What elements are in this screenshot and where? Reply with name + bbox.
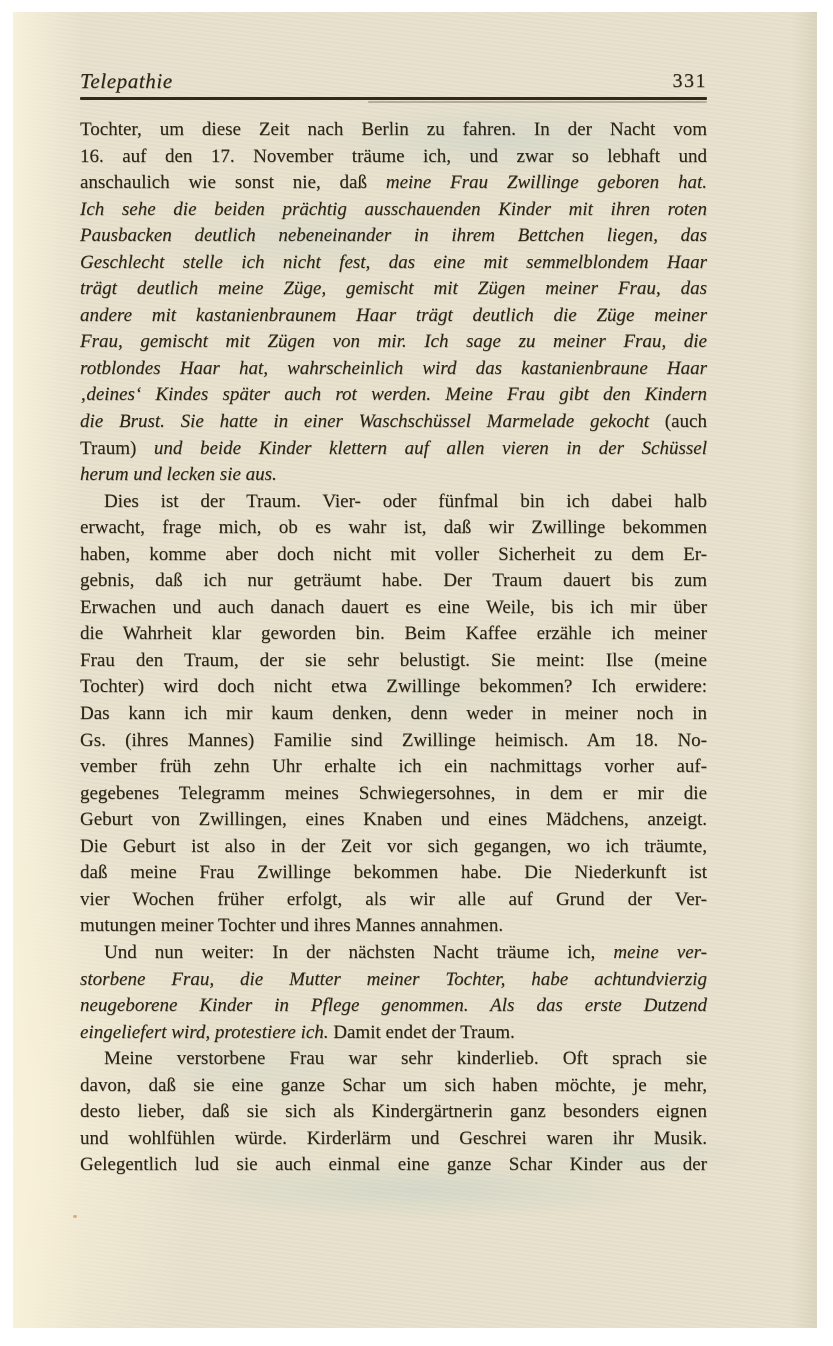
text-line: Frau den Traum, der sie sehr belustigt. …: [80, 648, 707, 675]
roman-run: Gelegentlich lud sie auch einmal eine ga…: [80, 1154, 707, 1175]
italic-run: herum und lecken sie aus.: [80, 464, 277, 485]
roman-run: Tochter, um diese Zeit nach Berlin zu fa…: [80, 119, 707, 140]
italic-run: storbene Frau, die Mutter meiner Tochter…: [80, 969, 707, 990]
text-line: storbene Frau, die Mutter meiner Tochter…: [80, 967, 707, 994]
text-line: rotblondes Haar hat, wahrscheinlich wird…: [80, 356, 707, 383]
italic-run: meine ver-: [613, 942, 707, 963]
roman-run: Tochter) wird doch nicht etwa Zwillinge …: [80, 676, 707, 697]
italic-run: Frau, gemischt mit Zügen von mir. Ich sa…: [80, 331, 707, 352]
roman-run: Frau den Traum, der sie sehr belustigt. …: [80, 650, 707, 671]
roman-run: Meine verstorbene Frau war sehr kinderli…: [104, 1048, 707, 1069]
italic-run: meine Frau Zwillinge geboren hat.: [386, 172, 707, 193]
italic-run: rotblondes Haar hat, wahrscheinlich wird…: [80, 358, 707, 379]
roman-run: desto lieber, daß sie sich als Kindergär…: [80, 1101, 707, 1122]
text-line: daß meine Frau Zwillinge bekommen habe. …: [80, 860, 707, 887]
roman-run: haben, komme aber doch nicht mit voller …: [80, 544, 707, 565]
roman-run: anschaulich wie sonst nie, daß: [80, 172, 386, 193]
roman-run: vember früh zehn Uhr erhalte ich ein nac…: [80, 756, 707, 777]
roman-run: erwacht, frage mich, ob es wahr ist, daß…: [80, 517, 707, 538]
text-line: Und nun weiter: In der nächsten Nacht tr…: [80, 940, 707, 967]
header-rule: [80, 97, 707, 100]
text-line: erwacht, frage mich, ob es wahr ist, daß…: [80, 515, 707, 542]
running-title: Telepathie: [80, 67, 173, 95]
text-line: Tochter, um diese Zeit nach Berlin zu fa…: [80, 117, 707, 144]
italic-run: Geschlecht stelle ich nicht fest, das ei…: [80, 252, 707, 273]
text-line: vier Wochen früher erfolgt, als wir alle…: [80, 887, 707, 914]
italic-run: andere mit kastanienbraunem Haar trägt d…: [80, 305, 707, 326]
page-number: 331: [673, 67, 708, 95]
roman-run: Das kann ich mir kaum denken, denn weder…: [80, 703, 707, 724]
text-line: die Brust. Sie hatte in einer Waschschüs…: [80, 409, 707, 436]
text-block: Tochter, um diese Zeit nach Berlin zu fa…: [80, 117, 707, 1179]
italic-run: Ich sehe die beiden prächtig ausschauend…: [80, 199, 707, 220]
text-line: Ich sehe die beiden prächtig ausschauend…: [80, 197, 707, 224]
italic-run: die Brust. Sie hatte in einer Waschschüs…: [80, 411, 665, 432]
italic-run: neugeborene Kinder in Pflege genommen. A…: [80, 995, 707, 1016]
text-line: andere mit kastanienbraunem Haar trägt d…: [80, 303, 707, 330]
roman-run: und wohlfühlen würde. Kirderlärm und Ges…: [80, 1128, 707, 1149]
text-line: Tochter) wird doch nicht etwa Zwillinge …: [80, 674, 707, 701]
text-line: trägt deutlich meine Züge, gemischt mit …: [80, 276, 707, 303]
roman-run: vier Wochen früher erfolgt, als wir alle…: [80, 889, 707, 910]
text-line: Traum) und beide Kinder klettern auf all…: [80, 436, 707, 463]
italic-run: eingeliefert wird, protestiere ich.: [80, 1022, 329, 1043]
text-line: Meine verstorbene Frau war sehr kinderli…: [80, 1046, 707, 1073]
roman-run: Geburt von Zwillingen, eines Knaben und …: [80, 809, 707, 830]
text-line: eingeliefert wird, protestiere ich. Dami…: [80, 1020, 707, 1047]
italic-run: ‚deines‘ Kindes später auch rot werden. …: [80, 384, 707, 405]
roman-run: Erwachen und auch danach dauert es eine …: [80, 597, 707, 618]
text-line: desto lieber, daß sie sich als Kindergär…: [80, 1099, 707, 1126]
text-line: neugeborene Kinder in Pflege genommen. A…: [80, 993, 707, 1020]
text-line: und wohlfühlen würde. Kirderlärm und Ges…: [80, 1126, 707, 1153]
roman-run: davon, daß sie eine ganze Schar um sich …: [80, 1075, 707, 1096]
roman-run: Die Geburt ist also in der Zeit vor sich…: [80, 836, 707, 857]
roman-run: mutungen meiner Tochter und ihres Mannes…: [80, 915, 503, 936]
ink-speck: [73, 1215, 77, 1218]
text-line: Dies ist der Traum. Vier- oder fünfmal b…: [80, 489, 707, 516]
text-line: vember früh zehn Uhr erhalte ich ein nac…: [80, 754, 707, 781]
text-line: Geburt von Zwillingen, eines Knaben und …: [80, 807, 707, 834]
roman-run: Gs. (ihres Mannes) Familie sind Zwilling…: [80, 730, 707, 751]
text-line: Die Geburt ist also in der Zeit vor sich…: [80, 834, 707, 861]
text-line: 16. auf den 17. November träume ich, und…: [80, 144, 707, 171]
text-line: Das kann ich mir kaum denken, denn weder…: [80, 701, 707, 728]
roman-run: Traum): [80, 438, 154, 459]
text-line: ‚deines‘ Kindes später auch rot werden. …: [80, 382, 707, 409]
roman-run: daß meine Frau Zwillinge bekommen habe. …: [80, 862, 707, 883]
text-line: Gs. (ihres Mannes) Familie sind Zwilling…: [80, 728, 707, 755]
roman-run: Und nun weiter: In der nächsten Nacht tr…: [104, 942, 613, 963]
text-line: mutungen meiner Tochter und ihres Mannes…: [80, 913, 707, 940]
text-line: Erwachen und auch danach dauert es eine …: [80, 595, 707, 622]
text-line: die Wahrheit klar geworden bin. Beim Kaf…: [80, 621, 707, 648]
roman-run: die Wahrheit klar geworden bin. Beim Kaf…: [80, 623, 707, 644]
running-header: Telepathie 331: [80, 67, 707, 99]
text-line: haben, komme aber doch nicht mit voller …: [80, 542, 707, 569]
roman-run: (auch: [665, 411, 707, 432]
text-line: Geschlecht stelle ich nicht fest, das ei…: [80, 250, 707, 277]
text-line: gegebenes Telegramm meines Schwiegersohn…: [80, 781, 707, 808]
text-line: anschaulich wie sonst nie, daß meine Fra…: [80, 170, 707, 197]
roman-run: gebnis, daß ich nur geträumt habe. Der T…: [80, 570, 707, 591]
text-line: herum und lecken sie aus.: [80, 462, 707, 489]
text-line: gebnis, daß ich nur geträumt habe. Der T…: [80, 568, 707, 595]
text-line: davon, daß sie eine ganze Schar um sich …: [80, 1073, 707, 1100]
roman-run: gegebenes Telegramm meines Schwiegersohn…: [80, 783, 707, 804]
text-line: Gelegentlich lud sie auch einmal eine ga…: [80, 1152, 707, 1179]
italic-run: trägt deutlich meine Züge, gemischt mit …: [80, 278, 707, 299]
text-line: Pausbacken deutlich nebeneinander in ihr…: [80, 223, 707, 250]
roman-run: Damit endet der Traum.: [329, 1022, 515, 1043]
scanned-page: Telepathie 331 Tochter, um diese Zeit na…: [13, 12, 817, 1328]
roman-run: 16. auf den 17. November träume ich, und…: [80, 146, 707, 167]
text-line: Frau, gemischt mit Zügen von mir. Ich sa…: [80, 329, 707, 356]
italic-run: Pausbacken deutlich nebeneinander in ihr…: [80, 225, 707, 246]
roman-run: Dies ist der Traum. Vier- oder fünfmal b…: [104, 491, 707, 512]
italic-run: und beide Kinder klettern auf allen vier…: [154, 438, 707, 459]
